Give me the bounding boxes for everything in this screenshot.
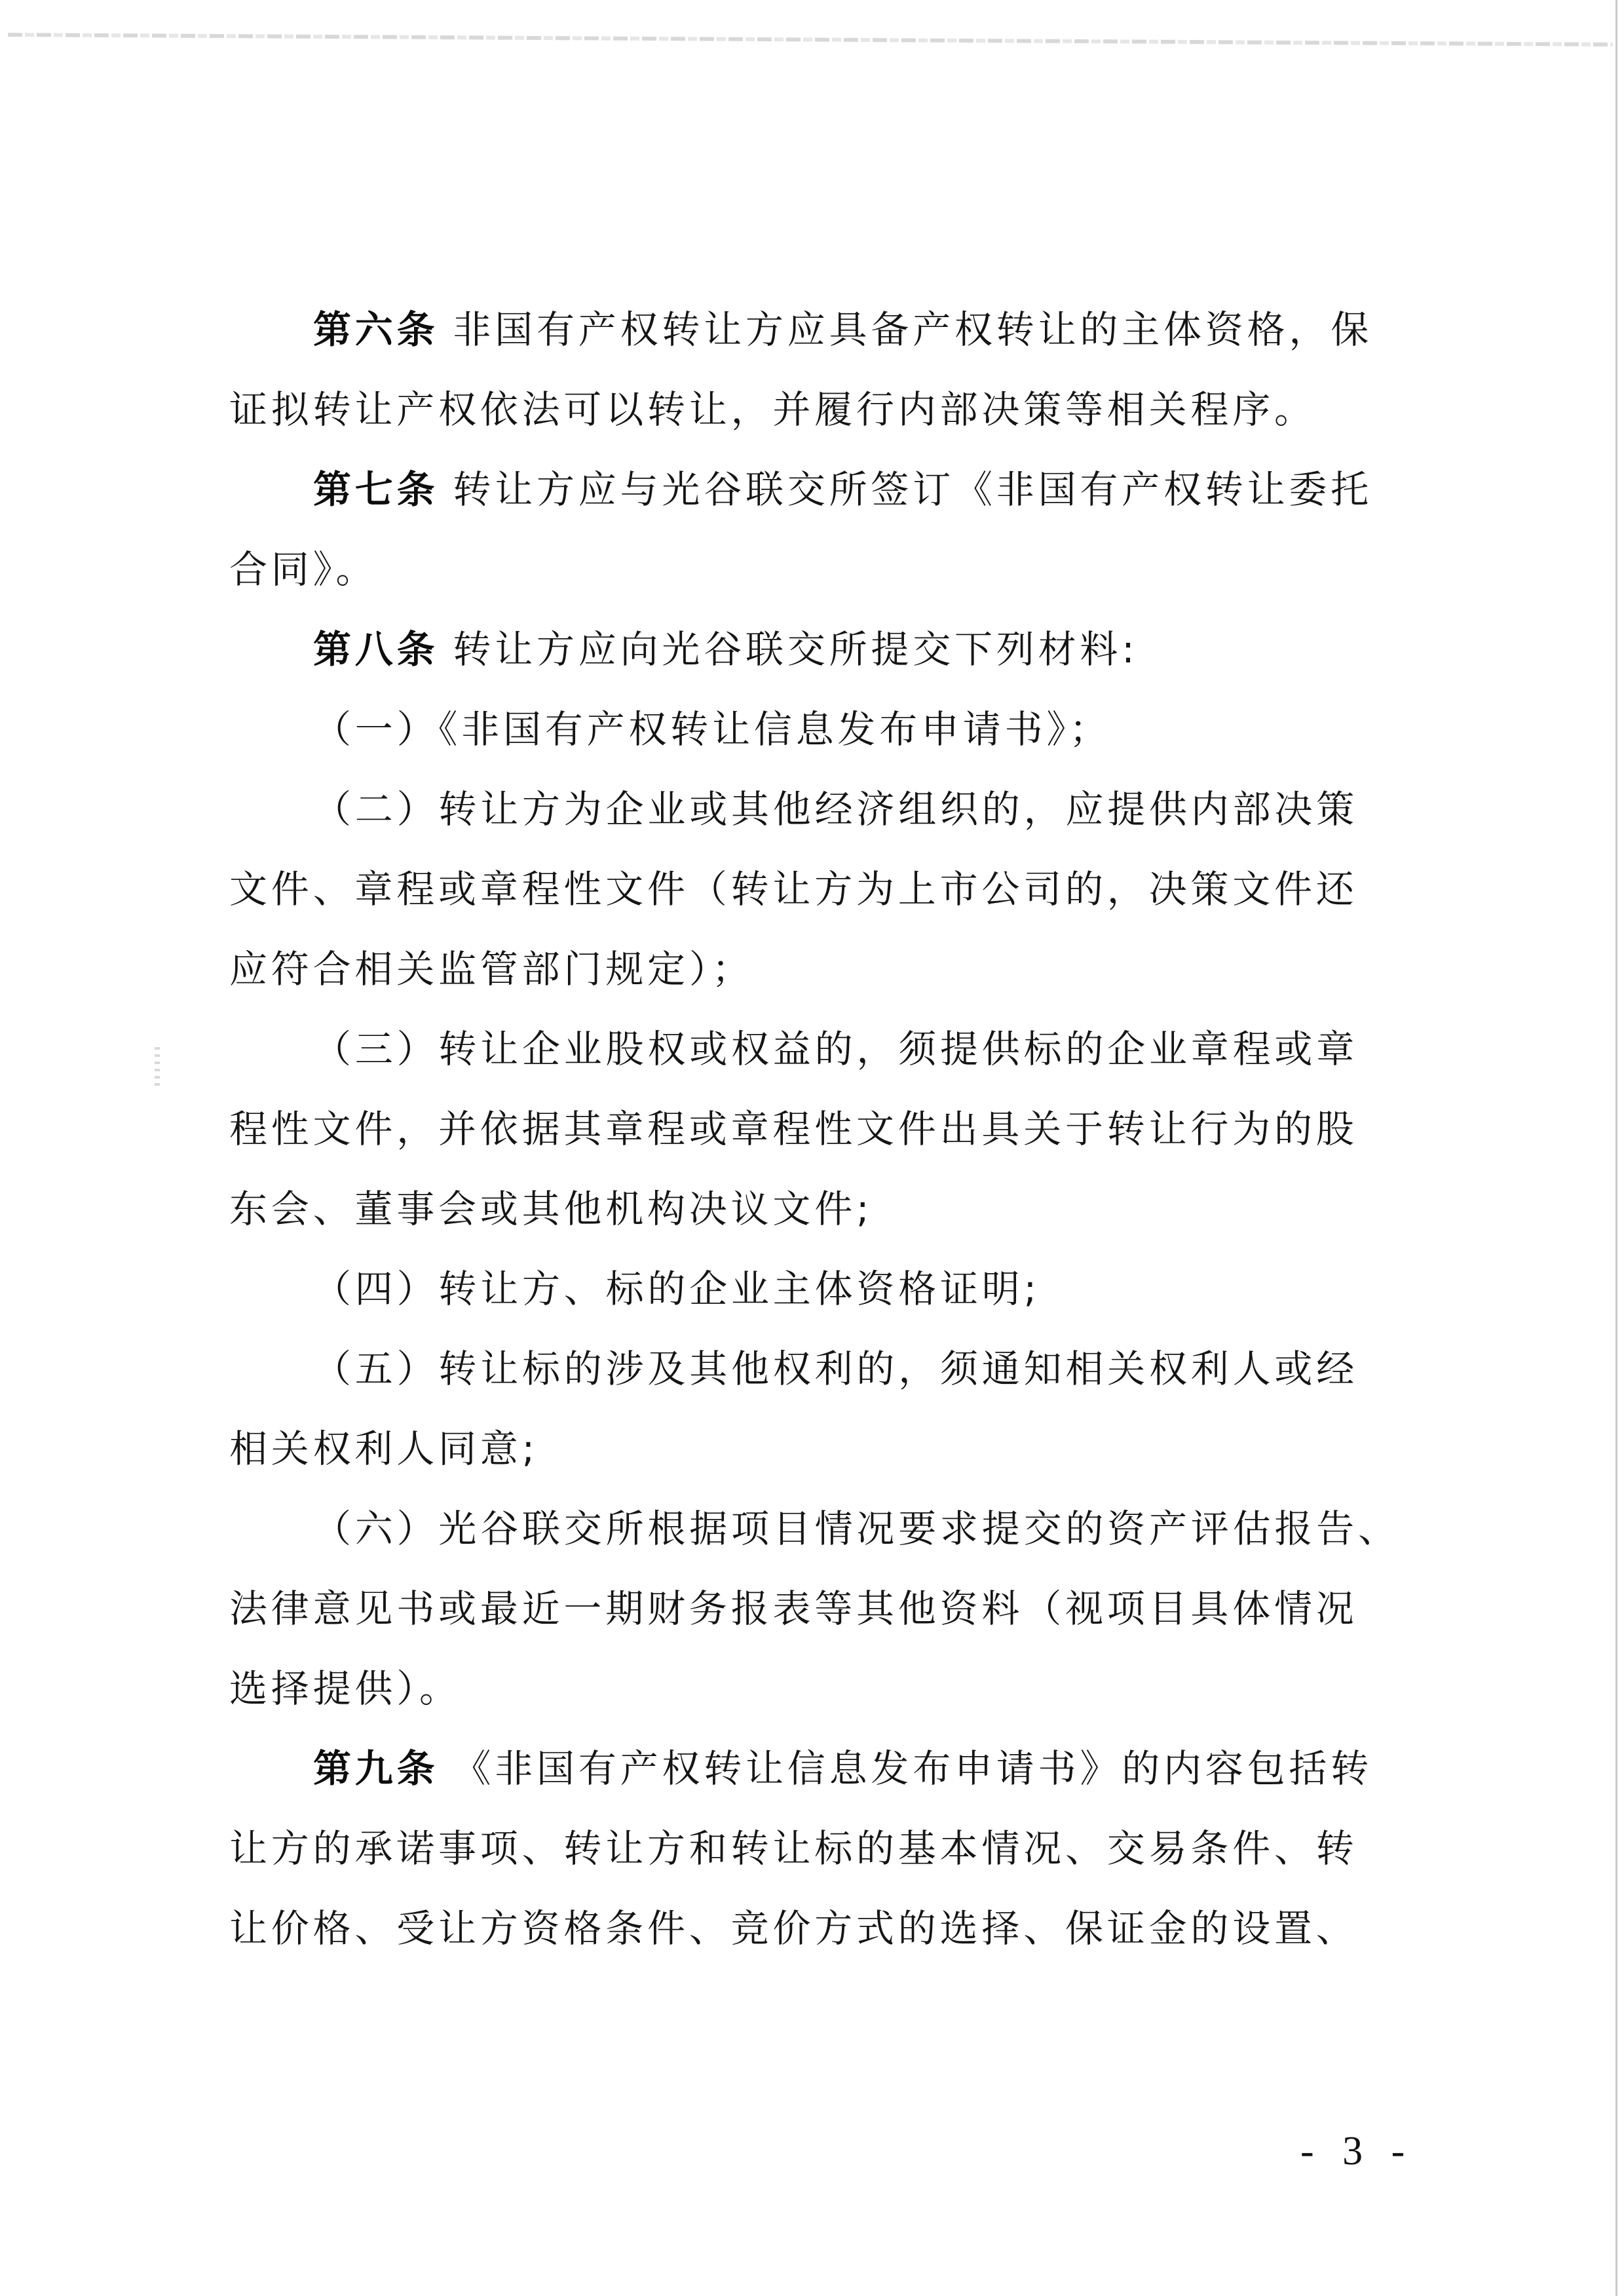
item-5-line-2: 相关权利人同意; xyxy=(229,1426,538,1472)
body-text: 应符合相关监管部门规定）； xyxy=(229,947,753,991)
article-label: 第六条 xyxy=(313,307,438,352)
article-label: 第八条 xyxy=(313,627,438,672)
item-3-line-1: （三）转让企业股权或权益的，须提供标的企业章程或章 xyxy=(313,1026,1358,1072)
item-6-line-2: 法律意见书或最近一期财务报表等其他资料（视项目具体情况 xyxy=(229,1586,1358,1632)
article-9-line-1: 第九条《非国有产权转让信息发布申请书》的内容包括转 xyxy=(313,1746,1372,1791)
body-text: （二）转让方为企业或其他经济组织的，应提供内部决策 xyxy=(313,787,1358,832)
body-text: 转让方应与光谷联交所签订《非国有产权转让委托 xyxy=(453,467,1372,512)
body-text: 转让方应向光谷联交所提交下列材料: xyxy=(453,627,1138,672)
body-text: （一）《非国有产权转让信息发布申请书》； xyxy=(313,707,1111,752)
article-8-line-1: 第八条转让方应向光谷联交所提交下列材料: xyxy=(313,626,1139,672)
article-9-line-3: 让价格、受让方资格条件、竞价方式的选择、保证金的设置、 xyxy=(229,1905,1358,1951)
body-text: 《非国有产权转让信息发布申请书》的内容包括转 xyxy=(453,1746,1372,1791)
item-6-line-1: （六）光谷联交所根据项目情况要求提交的资产评估报告、 xyxy=(313,1506,1400,1552)
body-text: 让价格、受让方资格条件、竞价方式的选择、保证金的设置、 xyxy=(229,1906,1358,1951)
article-7-line-1: 第七条转让方应与光谷联交所签订《非国有产权转让委托 xyxy=(313,467,1372,512)
article-6-line-1: 第六条非国有产权转让方应具备产权转让的主体资格，保 xyxy=(313,307,1372,353)
scan-artifact xyxy=(155,1047,160,1088)
item-3-line-3: 东会、董事会或其他机构决议文件; xyxy=(229,1186,873,1232)
body-text: 程性文件，并依据其章程或章程性文件出具关于转让行为的股 xyxy=(229,1107,1358,1151)
body-text: 东会、董事会或其他机构决议文件; xyxy=(229,1187,873,1231)
article-9-line-2: 让方的承诺事项、转让方和转让标的基本情况、交易条件、转 xyxy=(229,1826,1358,1871)
body-text: （六）光谷联交所根据项目情况要求提交的资产评估报告、 xyxy=(313,1506,1400,1551)
item-1-line-1: （一）《非国有产权转让信息发布申请书》； xyxy=(313,706,1111,752)
body-text: 选择提供）。 xyxy=(229,1666,461,1711)
item-3-line-2: 程性文件，并依据其章程或章程性文件出具关于转让行为的股 xyxy=(229,1106,1358,1152)
item-2-line-1: （二）转让方为企业或其他经济组织的，应提供内部决策 xyxy=(313,786,1358,832)
article-label: 第七条 xyxy=(313,467,438,512)
body-text: 相关权利人同意; xyxy=(229,1426,538,1471)
scan-header-rule xyxy=(8,33,1613,47)
article-7-line-2: 合同》。 xyxy=(229,546,377,592)
body-text: 证拟转让产权依法可以转让，并履行内部决策等相关程序。 xyxy=(229,387,1316,432)
body-text: （四）转让方、标的企业主体资格证明; xyxy=(313,1267,1040,1311)
body-text: 法律意见书或最近一期财务报表等其他资料（视项目具体情况 xyxy=(229,1586,1358,1631)
body-text: 文件、章程或章程性文件（转让方为上市公司的，决策文件还 xyxy=(229,867,1358,911)
page-number: - 3 - xyxy=(1300,2128,1414,2174)
item-4-line-1: （四）转让方、标的企业主体资格证明; xyxy=(313,1266,1040,1312)
item-2-line-3: 应符合相关监管部门规定）； xyxy=(229,946,753,992)
article-6-line-2: 证拟转让产权依法可以转让，并履行内部决策等相关程序。 xyxy=(229,387,1316,432)
body-text: （五）转让标的涉及其他权利的，须通知相关权利人或经 xyxy=(313,1347,1358,1391)
scan-edge-line xyxy=(1615,0,1617,2296)
body-text: 让方的承诺事项、转让方和转让标的基本情况、交易条件、转 xyxy=(229,1826,1358,1871)
item-5-line-1: （五）转让标的涉及其他权利的，须通知相关权利人或经 xyxy=(313,1346,1358,1392)
body-text: 合同》。 xyxy=(229,547,377,592)
item-6-line-3: 选择提供）。 xyxy=(229,1666,461,1712)
body-text: （三）转让企业股权或权益的，须提供标的企业章程或章 xyxy=(313,1027,1358,1071)
item-2-line-2: 文件、章程或章程性文件（转让方为上市公司的，决策文件还 xyxy=(229,866,1358,912)
body-text: 非国有产权转让方应具备产权转让的主体资格，保 xyxy=(453,307,1372,352)
article-label: 第九条 xyxy=(313,1746,438,1791)
